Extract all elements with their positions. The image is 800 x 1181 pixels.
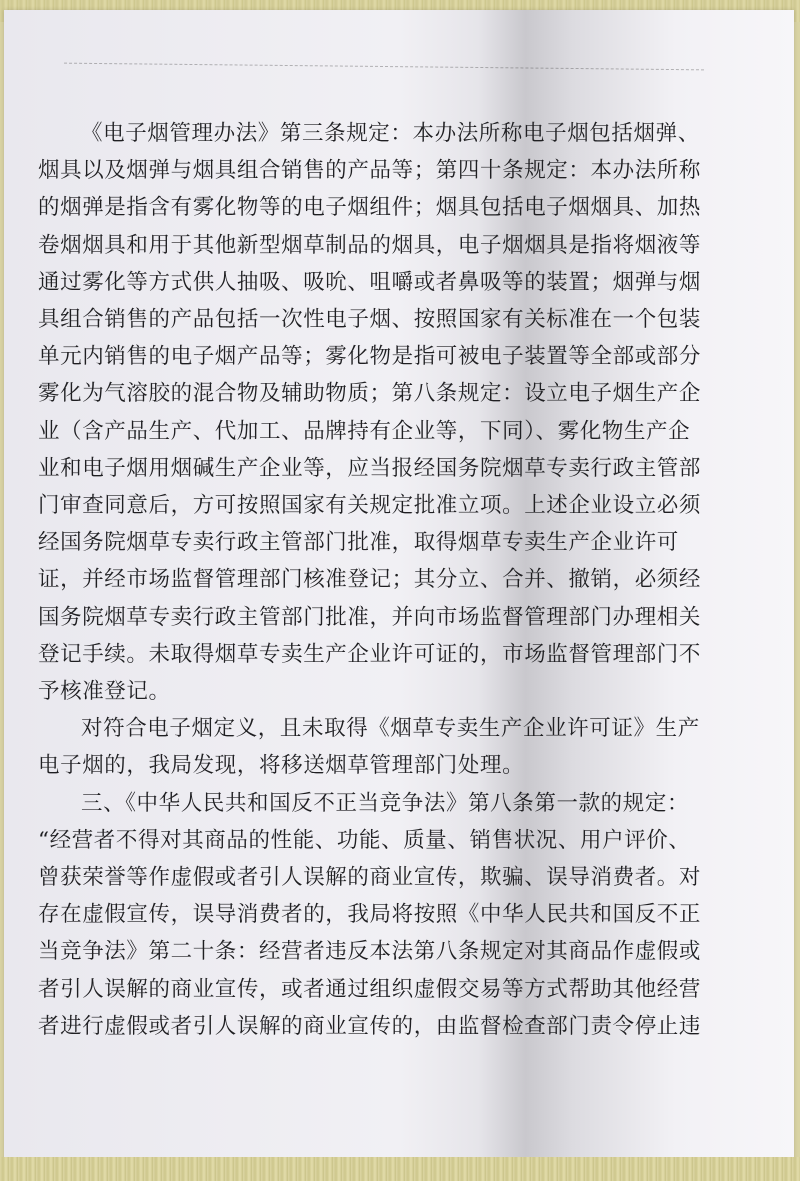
text-line: 存在虚假宣传，误导消费者的，我局将按照《中华人民共和国反不正 bbox=[38, 896, 728, 933]
paragraph-ecig-regulation: 《电子烟管理办法》第三条规定：本办法所称电子烟包括烟弹、 烟具以及烟弹与烟具组合… bbox=[38, 115, 728, 710]
text-line: 者引人误解的商业宣传，或者通过组织虚假交易等方式帮助其他经营 bbox=[38, 971, 728, 1008]
paragraph-unfair-competition-law: 三、《中华人民共和国反不正当竞争法》第八条第一款的规定： “经营者不得对其商品的… bbox=[38, 785, 728, 1045]
page-fold-line bbox=[64, 63, 704, 73]
text-line: 具组合销售的产品包括一次性电子烟、按照国家有关标准在一个包装 bbox=[38, 301, 728, 338]
document-page: 《电子烟管理办法》第三条规定：本办法所称电子烟包括烟弹、 烟具以及烟弹与烟具组合… bbox=[4, 10, 794, 1168]
desk-surface-bottom bbox=[0, 1157, 800, 1181]
text-line: 业（含产品生产、代加工、品牌持有企业等，下同）、雾化物生产企 bbox=[38, 413, 728, 450]
text-line: 单元内销售的电子烟产品等；雾化物是指可被电子装置等全部或部分 bbox=[38, 338, 728, 375]
text-line: 国务院烟草专卖行政主管部门批准，并向市场监督管理部门办理相关 bbox=[38, 599, 728, 636]
text-line: 卷烟烟具和用于其他新型烟草制品的烟具，电子烟烟具是指将烟液等 bbox=[38, 227, 728, 264]
text-line: 《电子烟管理办法》第三条规定：本办法所称电子烟包括烟弹、 bbox=[38, 115, 728, 152]
document-body: 《电子烟管理办法》第三条规定：本办法所称电子烟包括烟弹、 烟具以及烟弹与烟具组合… bbox=[38, 115, 728, 1045]
paragraph-enforcement-transfer: 对符合电子烟定义，且未取得《烟草专卖生产企业许可证》生产 电子烟的，我局发现，将… bbox=[38, 710, 728, 784]
text-line: 曾获荣誉等作虚假或者引人误解的商业宣传，欺骗、误导消费者。对 bbox=[38, 859, 728, 896]
text-line: 电子烟的，我局发现，将移送烟草管理部门处理。 bbox=[38, 747, 728, 784]
text-line: 通过雾化等方式供人抽吸、吸吮、咀嚼或者鼻吸等的装置；烟弹与烟 bbox=[38, 264, 728, 301]
text-line: 对符合电子烟定义，且未取得《烟草专卖生产企业许可证》生产 bbox=[38, 710, 728, 747]
text-line: 门审查同意后，方可按照国家有关规定批准立项。上述企业设立必须 bbox=[38, 487, 728, 524]
text-line: 者进行虚假或者引人误解的商业宣传的，由监督检查部门责令停止违 bbox=[38, 1008, 728, 1045]
text-line: 的烟弹是指含有雾化物等的电子烟组件；烟具包括电子烟烟具、加热 bbox=[38, 189, 728, 226]
text-line: “经营者不得对其商品的性能、功能、质量、销售状况、用户评价、 bbox=[38, 822, 728, 859]
text-line: 三、《中华人民共和国反不正当竞争法》第八条第一款的规定： bbox=[38, 785, 728, 822]
text-line: 证，并经市场监督管理部门核准登记；其分立、合并、撤销，必须经 bbox=[38, 561, 728, 598]
text-line: 雾化为气溶胶的混合物及辅助物质；第八条规定：设立电子烟生产企 bbox=[38, 375, 728, 412]
text-line: 业和电子烟用烟碱生产企业等，应当报经国务院烟草专卖行政主管部 bbox=[38, 450, 728, 487]
text-line: 当竞争法》第二十条：经营者违反本法第八条规定对其商品作虚假或 bbox=[38, 933, 728, 970]
text-line: 经国务院烟草专卖行政主管部门批准，取得烟草专卖生产企业许可 bbox=[38, 524, 728, 561]
text-line: 烟具以及烟弹与烟具组合销售的产品等；第四十条规定：本办法所称 bbox=[38, 152, 728, 189]
text-line: 登记手续。未取得烟草专卖生产企业许可证的，市场监督管理部门不 bbox=[38, 636, 728, 673]
text-line: 予核准登记。 bbox=[38, 673, 728, 710]
